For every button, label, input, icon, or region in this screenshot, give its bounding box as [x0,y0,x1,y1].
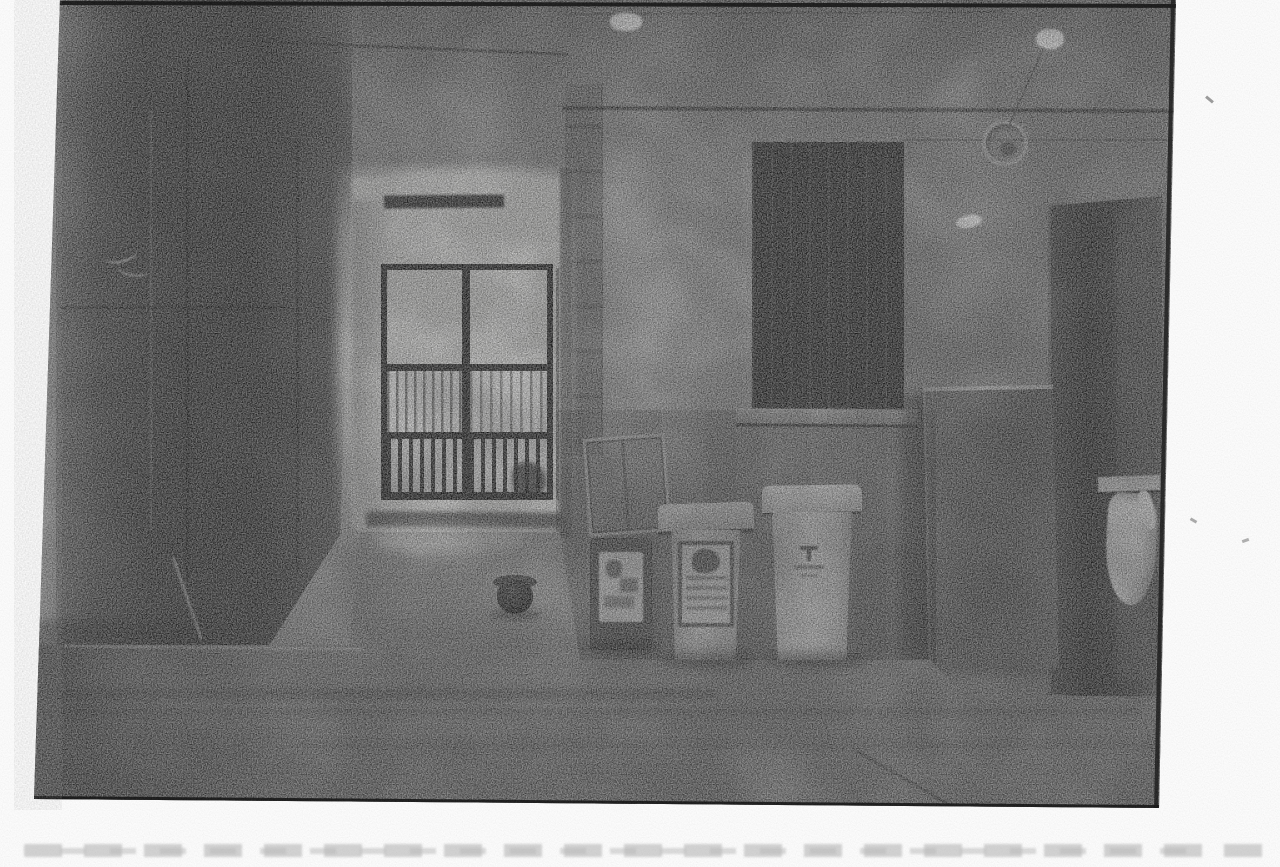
photo-grain-noise [0,0,1280,822]
scan-page [0,0,1280,867]
margin-speck [1205,95,1214,103]
scan-streak-band [60,848,1210,854]
margin-speck [1190,517,1198,523]
scanned-photo [0,0,1280,822]
margin-speck [1242,538,1250,543]
